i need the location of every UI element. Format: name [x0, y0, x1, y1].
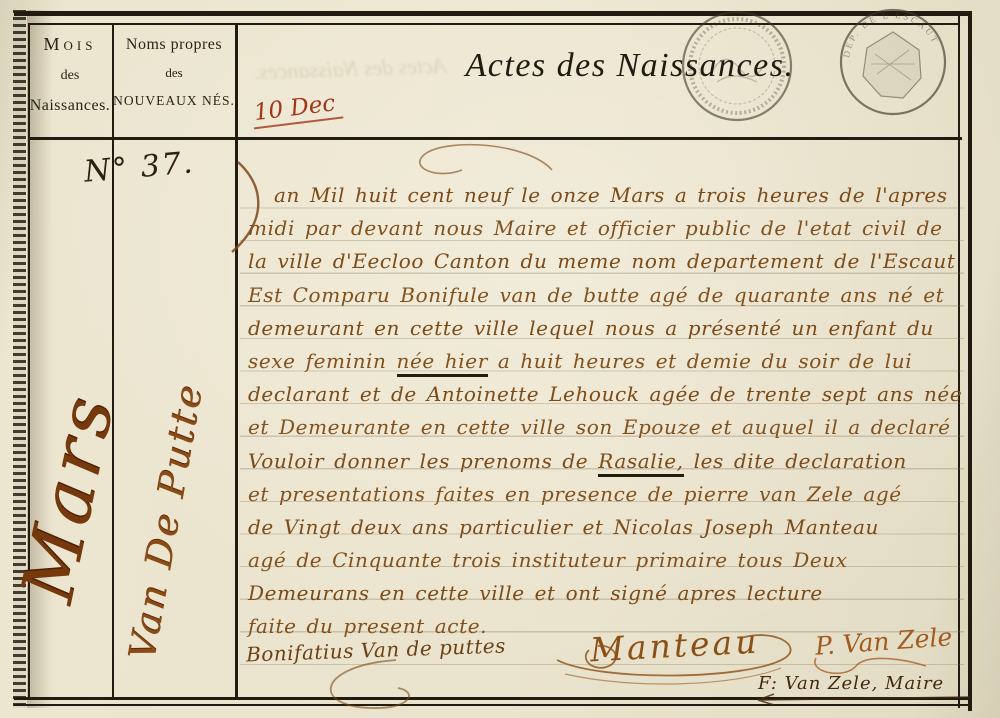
- record-number: N° 37.: [83, 145, 196, 189]
- header-des-1: des: [28, 68, 112, 84]
- act-text: an Mil huit cent neuf le onze Mars a tro…: [248, 179, 962, 644]
- header-naissances: Naissances.: [28, 97, 112, 115]
- act-line: agé de Cinquante trois instituteur prima…: [248, 544, 962, 577]
- header-mois: Mois: [28, 34, 112, 55]
- act-line: et presentations faites en presence de p…: [248, 478, 962, 511]
- header-noms-propres: Noms propres: [113, 36, 235, 54]
- act-line: sexe feminin née hier a huit heures et d…: [248, 345, 962, 378]
- act-line: an Mil huit cent neuf le onze Mars a tro…: [248, 179, 962, 212]
- act-line: midi par devant nous Maire et officier p…: [248, 212, 962, 245]
- column-header-month: Mois des Naissances.: [28, 34, 112, 115]
- act-line: declarant et de Antoinette Lehouck agée …: [248, 378, 962, 411]
- column-header-names: Noms propres des NOUVEAUX NÉS.: [113, 36, 235, 109]
- act-line: Est Comparu Bonifule van de butte agé de…: [248, 279, 962, 312]
- header-nouveaux-nes: NOUVEAUX NÉS.: [113, 93, 235, 109]
- round-ink-stamp: [679, 8, 795, 124]
- table-line-col1: [112, 23, 114, 699]
- frame-line-top-inner: [28, 23, 960, 25]
- eagle-ink-stamp: DEP. DE L'ESCAUT: [837, 4, 949, 118]
- frame-line-right-outer: [968, 11, 972, 711]
- act-line: la ville d'Eecloo Canton du meme nom dep…: [248, 245, 962, 278]
- bottom-flourish: [300, 658, 470, 718]
- act-line: demeurant en cette ville lequel nous a p…: [248, 312, 962, 345]
- scanned-birth-record: Mois des Naissances. Noms propres des NO…: [0, 0, 1000, 718]
- frame-line-top: [14, 11, 972, 16]
- act-line: Vouloir donner les prenoms de Rasalie, l…: [248, 445, 962, 478]
- date-annotation: 10 Dec: [251, 90, 343, 130]
- table-line-col2: [235, 23, 238, 699]
- act-line: et Demeurante en cette ville son Epouze …: [248, 411, 962, 444]
- underlined-rasalie: Rasalie,: [598, 449, 683, 477]
- header-des-2: des: [113, 65, 235, 81]
- act-line: de Vingt deux ans particulier et Nicolas…: [248, 511, 962, 544]
- underlined-nee-hier: née hier: [397, 349, 488, 377]
- eagle-figure: [863, 32, 921, 98]
- signature-mayor: F: Van Zele, Maire: [758, 673, 944, 694]
- mayor-underline-flourish: [748, 692, 976, 706]
- act-line: Demeurans en cette ville et ont signé ap…: [248, 577, 962, 610]
